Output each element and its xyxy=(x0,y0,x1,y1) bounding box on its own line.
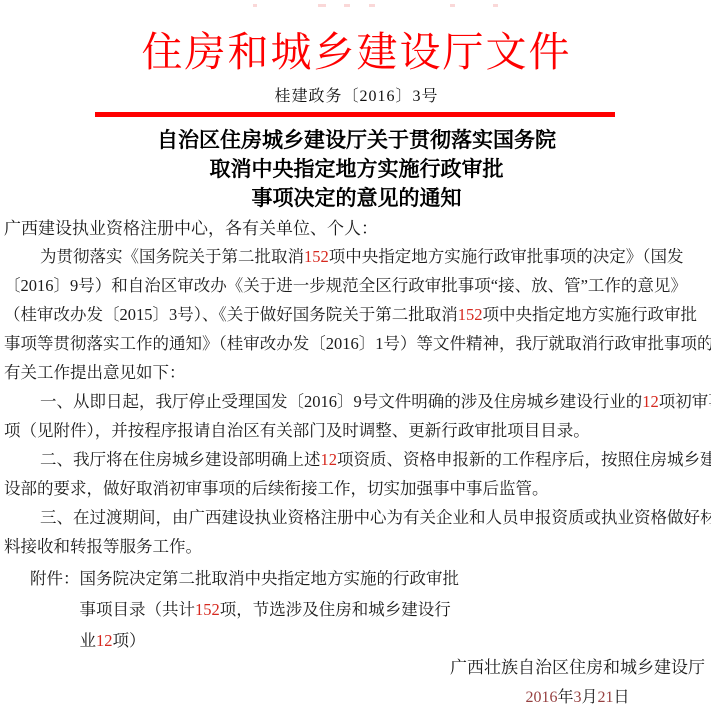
text-segment: 〔2016〕9号）和自治区审改办《关于进一步规范全区行政审批事项“接、放、管”工… xyxy=(4,276,687,295)
text-line: 料接收和转报等服务工作。 xyxy=(4,532,711,561)
text-segment: 项初审事 xyxy=(659,392,711,411)
subject-title: 自治区住房城乡建设厅关于贯彻落实国务院 取消中央指定地方实施行政审批 事项决定的… xyxy=(0,126,713,213)
document-body: 为贯彻落实《国务院关于第二批取消152项中央指定地方实施行政审批事项的决定》（国… xyxy=(0,242,713,561)
subject-line-3: 事项决定的意见的通知 xyxy=(0,184,713,213)
text-segment: 二、我厅将在住房城乡建设部明确上述 xyxy=(40,450,321,469)
subject-line-1: 自治区住房城乡建设厅关于贯彻落实国务院 xyxy=(0,126,713,155)
salutation: 广西建设执业资格注册中心，各有关单位、个人： xyxy=(0,216,713,242)
document-page: 住房和城乡建设厅文件 桂建政务〔2016〕3号 自治区住房城乡建设厅关于贯彻落实… xyxy=(0,27,713,709)
text-line: 国务院决定第二批取消中央指定地方实施的行政审批 xyxy=(80,563,460,594)
attachment-label: 附件： xyxy=(30,563,80,594)
red-number: 152 xyxy=(458,305,483,324)
text-segment: 国务院决定第二批取消中央指定地方实施的行政审批 xyxy=(80,569,460,588)
text-segment: 月 xyxy=(581,689,597,706)
red-divider-rule xyxy=(95,112,615,117)
text-line: 二、我厅将在住房城乡建设部明确上述12项资质、资格申报新的工作程序后，按照住房城… xyxy=(4,445,711,474)
text-segment: 日 xyxy=(614,689,630,706)
issuer-name: 广西壮族自治区住房和城乡建设厅 xyxy=(450,657,705,679)
scan-artifact xyxy=(450,4,455,7)
text-segment: 项） xyxy=(113,631,146,650)
text-segment: 有关工作提出意见如下： xyxy=(4,363,186,382)
text-line: 〔2016〕9号）和自治区审改办《关于进一步规范全区行政审批事项“接、放、管”工… xyxy=(4,271,711,300)
text-segment: 事项等贯彻落实工作的通知》（桂审改办发〔2016〕1号）等文件精神，我厅就取消行… xyxy=(4,334,711,353)
text-line: 业12项） xyxy=(80,625,460,656)
text-line: 设部的要求，做好取消初审事项的后续衔接工作，切实加强事中事后监管。 xyxy=(4,474,711,503)
text-line: 有关工作提出意见如下： xyxy=(4,358,711,387)
banner-title: 住房和城乡建设厅文件 xyxy=(0,27,713,77)
scan-artifact xyxy=(369,4,375,7)
red-number: 12 xyxy=(96,631,113,650)
text-segment: 三、在过渡期间，由广西建设执业资格注册中心为有关企业和人员申报资质或执业资格做好… xyxy=(40,508,711,527)
text-segment: 项资质、资格申报新的工作程序后，按照住房城乡建 xyxy=(337,450,711,469)
text-line: 为贯彻落实《国务院关于第二批取消152项中央指定地方实施行政审批事项的决定》（国… xyxy=(4,242,711,271)
red-number: 152 xyxy=(304,247,329,266)
text-line: 事项等贯彻落实工作的通知》（桂审改办发〔2016〕1号）等文件精神，我厅就取消行… xyxy=(4,329,711,358)
scan-artifact xyxy=(344,4,350,7)
paragraph-3: 二、我厅将在住房城乡建设部明确上述12项资质、资格申报新的工作程序后，按照住房城… xyxy=(4,445,711,503)
text-line: 一、从即日起，我厅停止受理国发〔2016〕9号文件明确的涉及住房城乡建设行业的1… xyxy=(4,387,711,416)
red-number: 12 xyxy=(321,450,338,469)
text-segment: 一、从即日起，我厅停止受理国发〔2016〕9号文件明确的涉及住房城乡建设行业的 xyxy=(40,392,642,411)
text-segment: 为贯彻落实《国务院关于第二批取消 xyxy=(40,247,304,266)
scan-artifact xyxy=(318,4,326,7)
text-segment: （桂审改办发〔2015〕3号）、《关于做好国务院关于第二批取消 xyxy=(4,305,458,324)
text-segment: 料接收和转报等服务工作。 xyxy=(4,537,202,556)
text-segment: 项，节选涉及住房和城乡建设行 xyxy=(220,600,451,619)
red-number: 152 xyxy=(195,600,220,619)
attachment-text: 国务院决定第二批取消中央指定地方实施的行政审批事项目录（共计152项，节选涉及住… xyxy=(80,563,460,656)
text-line: 三、在过渡期间，由广西建设执业资格注册中心为有关企业和人员申报资质或执业资格做好… xyxy=(4,503,711,532)
scan-artifact xyxy=(253,4,257,7)
text-line: 项（见附件），并按程序报请自治区有关部门及时调整、更新行政审批项目目录。 xyxy=(4,416,711,445)
issue-date: 2016年3月21日 xyxy=(450,687,705,709)
text-line: 事项目录（共计152项，节选涉及住房和城乡建设行 xyxy=(80,594,460,625)
paragraph-4: 三、在过渡期间，由广西建设执业资格注册中心为有关企业和人员申报资质或执业资格做好… xyxy=(4,503,711,561)
red-number: 21 xyxy=(598,689,614,706)
text-segment: 项中央指定地方实施行政审批 xyxy=(483,305,698,324)
signature-block: 广西壮族自治区住房和城乡建设厅 2016年3月21日 xyxy=(450,657,705,709)
attachment-section: 附件： 国务院决定第二批取消中央指定地方实施的行政审批事项目录（共计152项，节… xyxy=(30,563,713,656)
subject-line-2: 取消中央指定地方实施行政审批 xyxy=(0,155,713,184)
text-segment: 项中央指定地方实施行政审批事项的决定》（国发 xyxy=(329,247,684,266)
scan-artifact xyxy=(493,4,498,7)
text-segment: 年 xyxy=(557,689,573,706)
paragraph-2: 一、从即日起，我厅停止受理国发〔2016〕9号文件明确的涉及住房城乡建设行业的1… xyxy=(4,387,711,445)
text-line: 2016年3月21日 xyxy=(450,687,705,709)
red-number: 12 xyxy=(642,392,659,411)
paragraph-1: 为贯彻落实《国务院关于第二批取消152项中央指定地方实施行政审批事项的决定》（国… xyxy=(4,242,711,387)
doc-number: 桂建政务〔2016〕3号 xyxy=(0,87,713,106)
text-line: （桂审改办发〔2015〕3号）、《关于做好国务院关于第二批取消152项中央指定地… xyxy=(4,300,711,329)
text-segment: 事项目录（共计 xyxy=(80,600,196,619)
text-segment: 业 xyxy=(80,631,97,650)
text-segment: 项（见附件），并按程序报请自治区有关部门及时调整、更新行政审批项目目录。 xyxy=(4,421,590,440)
text-segment: 设部的要求，做好取消初审事项的后续衔接工作，切实加强事中事后监管。 xyxy=(4,479,549,498)
red-number: 2016 xyxy=(525,689,557,706)
